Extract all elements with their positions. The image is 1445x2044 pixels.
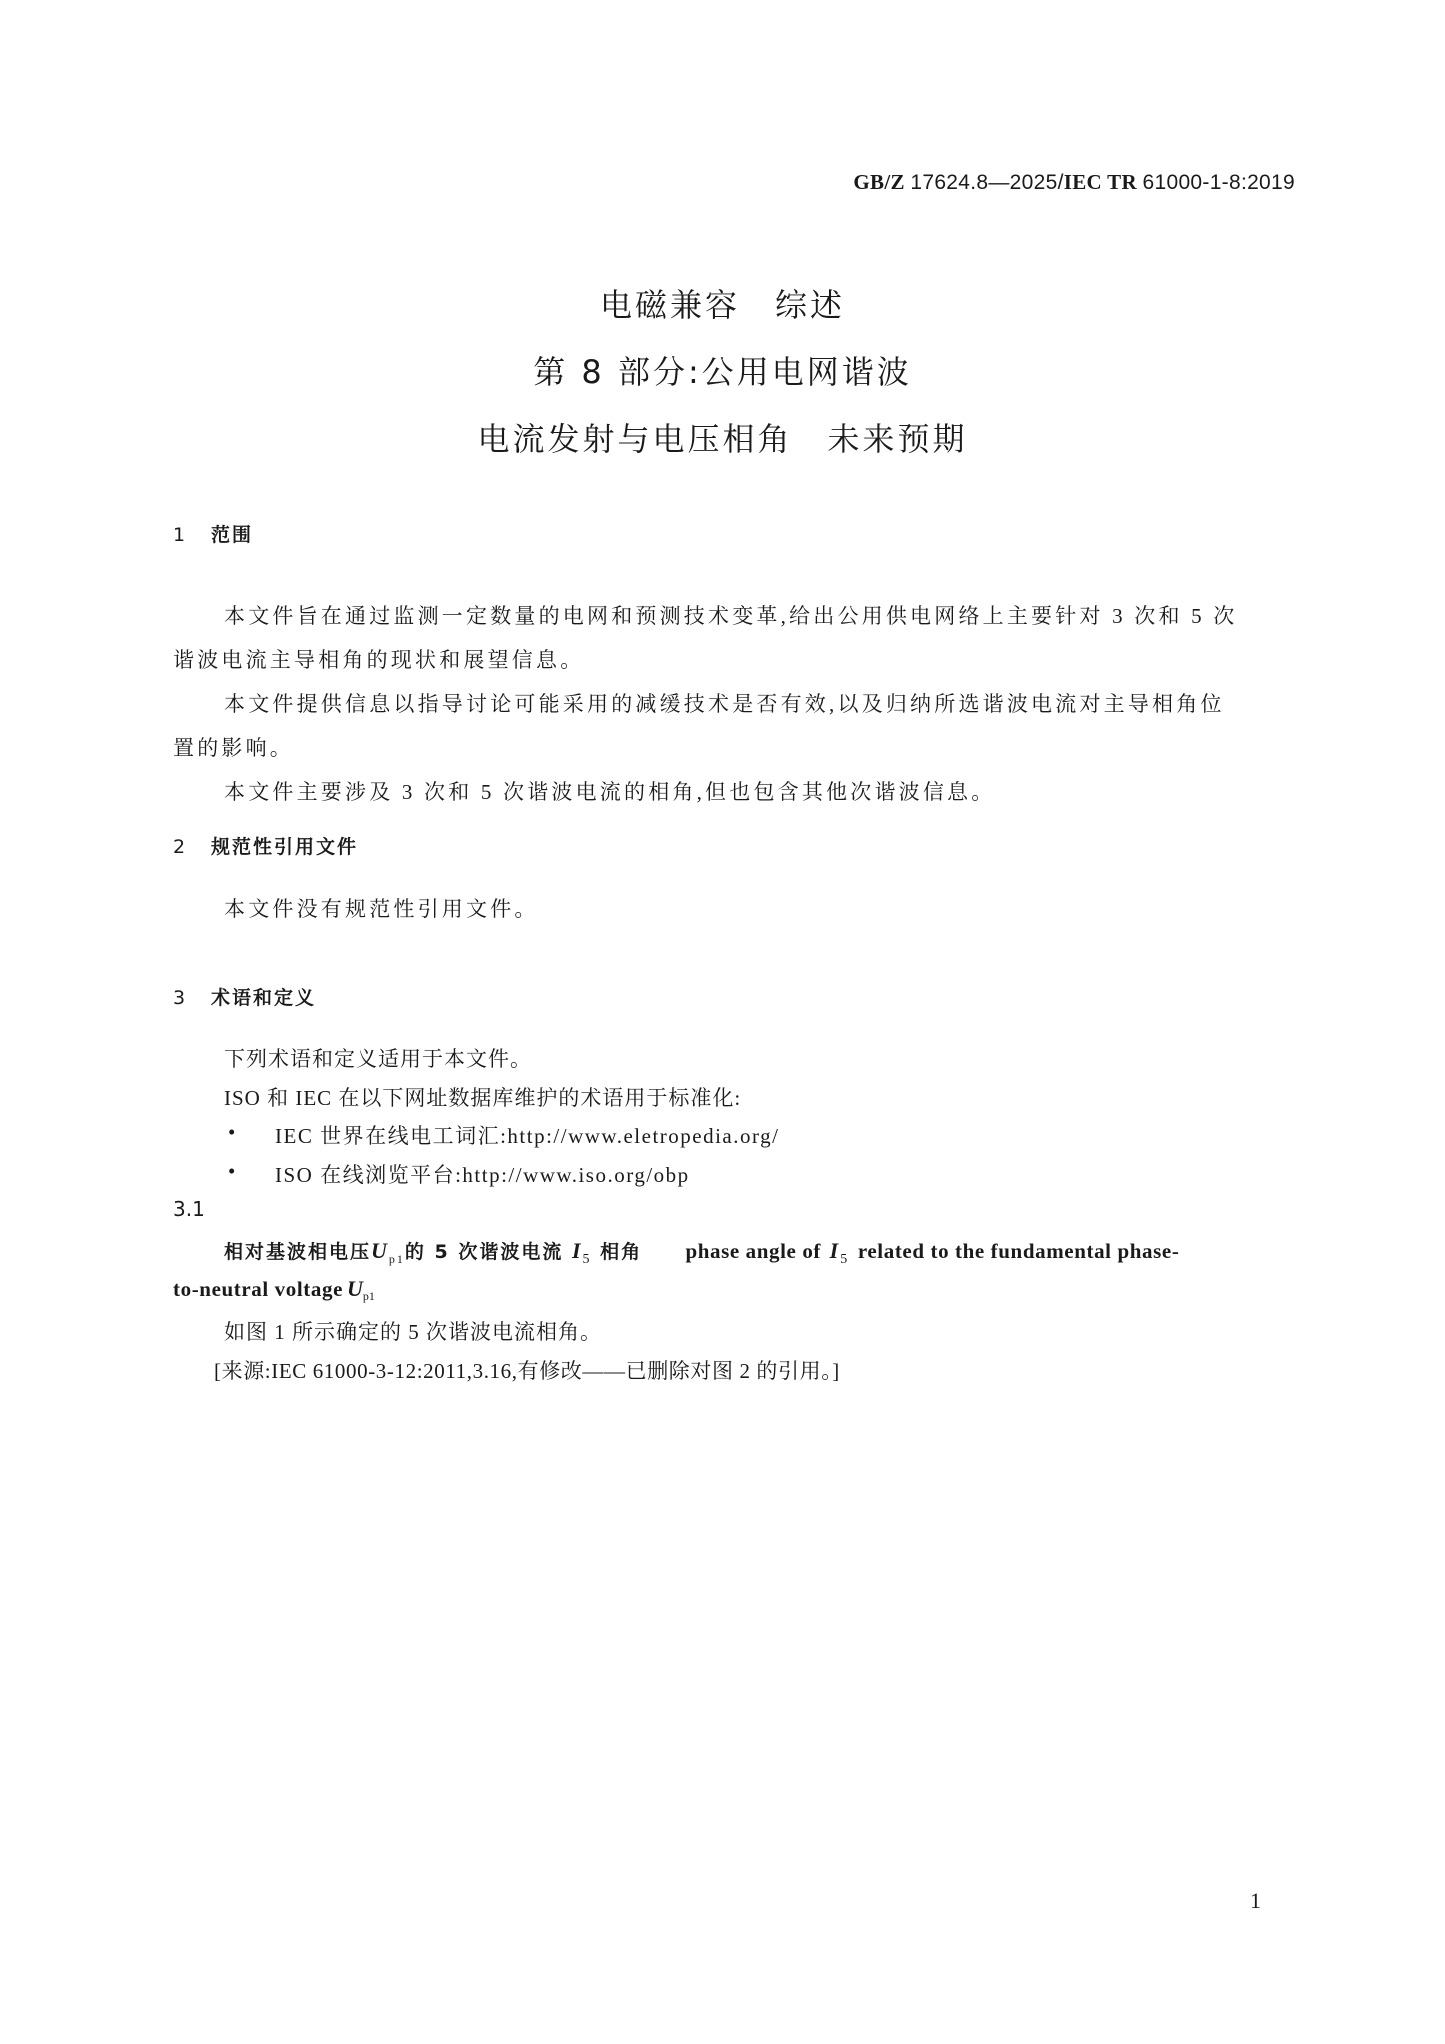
section-3-heading: 3术语和定义 [173, 983, 316, 1010]
std-number: 17624.8—2025/ [910, 171, 1063, 194]
term-definition: 如图 1 所示确定的 5 次谐波电流相角。 [224, 1316, 602, 1346]
section-number: 1 [173, 524, 211, 546]
s1-para1-line2: 谐波电流主导相角的现状和展望信息。 [173, 644, 584, 674]
bullet-icon: • [228, 1120, 235, 1145]
term-en-part: to-neutral voltage [173, 1277, 343, 1301]
subscript-p1: p1 [389, 1252, 405, 1266]
section-title: 规范性引用文件 [211, 836, 358, 858]
term-en-part: phase angle of [685, 1239, 821, 1263]
symbol-u: U [347, 1276, 363, 1301]
s1-para2-line2: 置的影响。 [173, 732, 294, 762]
title-line-2: 第 8 部分:公用电网谐波 [0, 347, 1445, 393]
subscript-5: 5 [840, 1252, 849, 1267]
section-2-heading: 2规范性引用文件 [173, 832, 358, 859]
bullet-icon: • [228, 1159, 235, 1184]
title-line-3: 电流发射与电压相角 未来预期 [0, 414, 1445, 460]
s1-para1-line1: 本文件旨在通过监测一定数量的电网和预测技术变革,给出公用供电网络上主要针对 3 … [224, 600, 1237, 630]
section-title: 术语和定义 [211, 987, 316, 1009]
iec-number: 61000-1-8:2019 [1143, 171, 1296, 194]
subscript-5: 5 [583, 1252, 592, 1267]
symbol-u: U [371, 1238, 389, 1263]
term-number: 3.1 [173, 1197, 205, 1221]
page-number: 1 [1250, 1888, 1261, 1914]
term-en-part: related to the fundamental phase- [858, 1239, 1180, 1263]
section-title: 范围 [211, 524, 253, 546]
section-1-heading: 1范围 [173, 520, 253, 547]
title-line-1: 电磁兼容 综述 [0, 280, 1445, 326]
section-number: 2 [173, 836, 211, 858]
document-header-standard-number: GB/Z 17624.8—2025/IEC TR 61000-1-8:2019 [853, 170, 1295, 195]
term-cn-part: 的 5 次谐波电流 [405, 1241, 563, 1263]
symbol-i: I [572, 1238, 583, 1263]
s2-para1: 本文件没有规范性引用文件。 [224, 893, 539, 923]
s3-para1: 下列术语和定义适用于本文件。 [224, 1043, 532, 1073]
iec-prefix: IEC TR [1064, 170, 1137, 194]
bullet-item-iec-electropedia: IEC 世界在线电工词汇:http://www.eletropedia.org/ [275, 1120, 779, 1150]
bullet-item-iso-obp: ISO 在线浏览平台:http://www.iso.org/obp [275, 1159, 690, 1189]
section-number: 3 [173, 987, 211, 1009]
term-cn-part: 相角 [600, 1241, 642, 1263]
term-entry-line1: 相对基波相电压Up1的 5 次谐波电流 I5 相角 phase angle of… [224, 1237, 1179, 1268]
s1-para2-line1: 本文件提供信息以指导讨论可能采用的减缓技术是否有效,以及归纳所选谐波电流对主导相… [224, 688, 1225, 718]
symbol-i: I [830, 1238, 841, 1263]
subscript-p1: p1 [363, 1289, 375, 1303]
s3-para2: ISO 和 IEC 在以下网址数据库维护的术语用于标准化: [224, 1082, 741, 1112]
s1-para3: 本文件主要涉及 3 次和 5 次谐波电流的相角,但也包含其他次谐波信息。 [224, 776, 995, 806]
term-cn-part: 相对基波相电压 [224, 1241, 371, 1263]
term-entry-line2: to-neutral voltage Up1 [173, 1276, 375, 1304]
std-prefix: GB/Z [853, 170, 904, 194]
term-source-note: [来源:IEC 61000-3-12:2011,3.16,有修改——已删除对图 … [214, 1355, 840, 1385]
